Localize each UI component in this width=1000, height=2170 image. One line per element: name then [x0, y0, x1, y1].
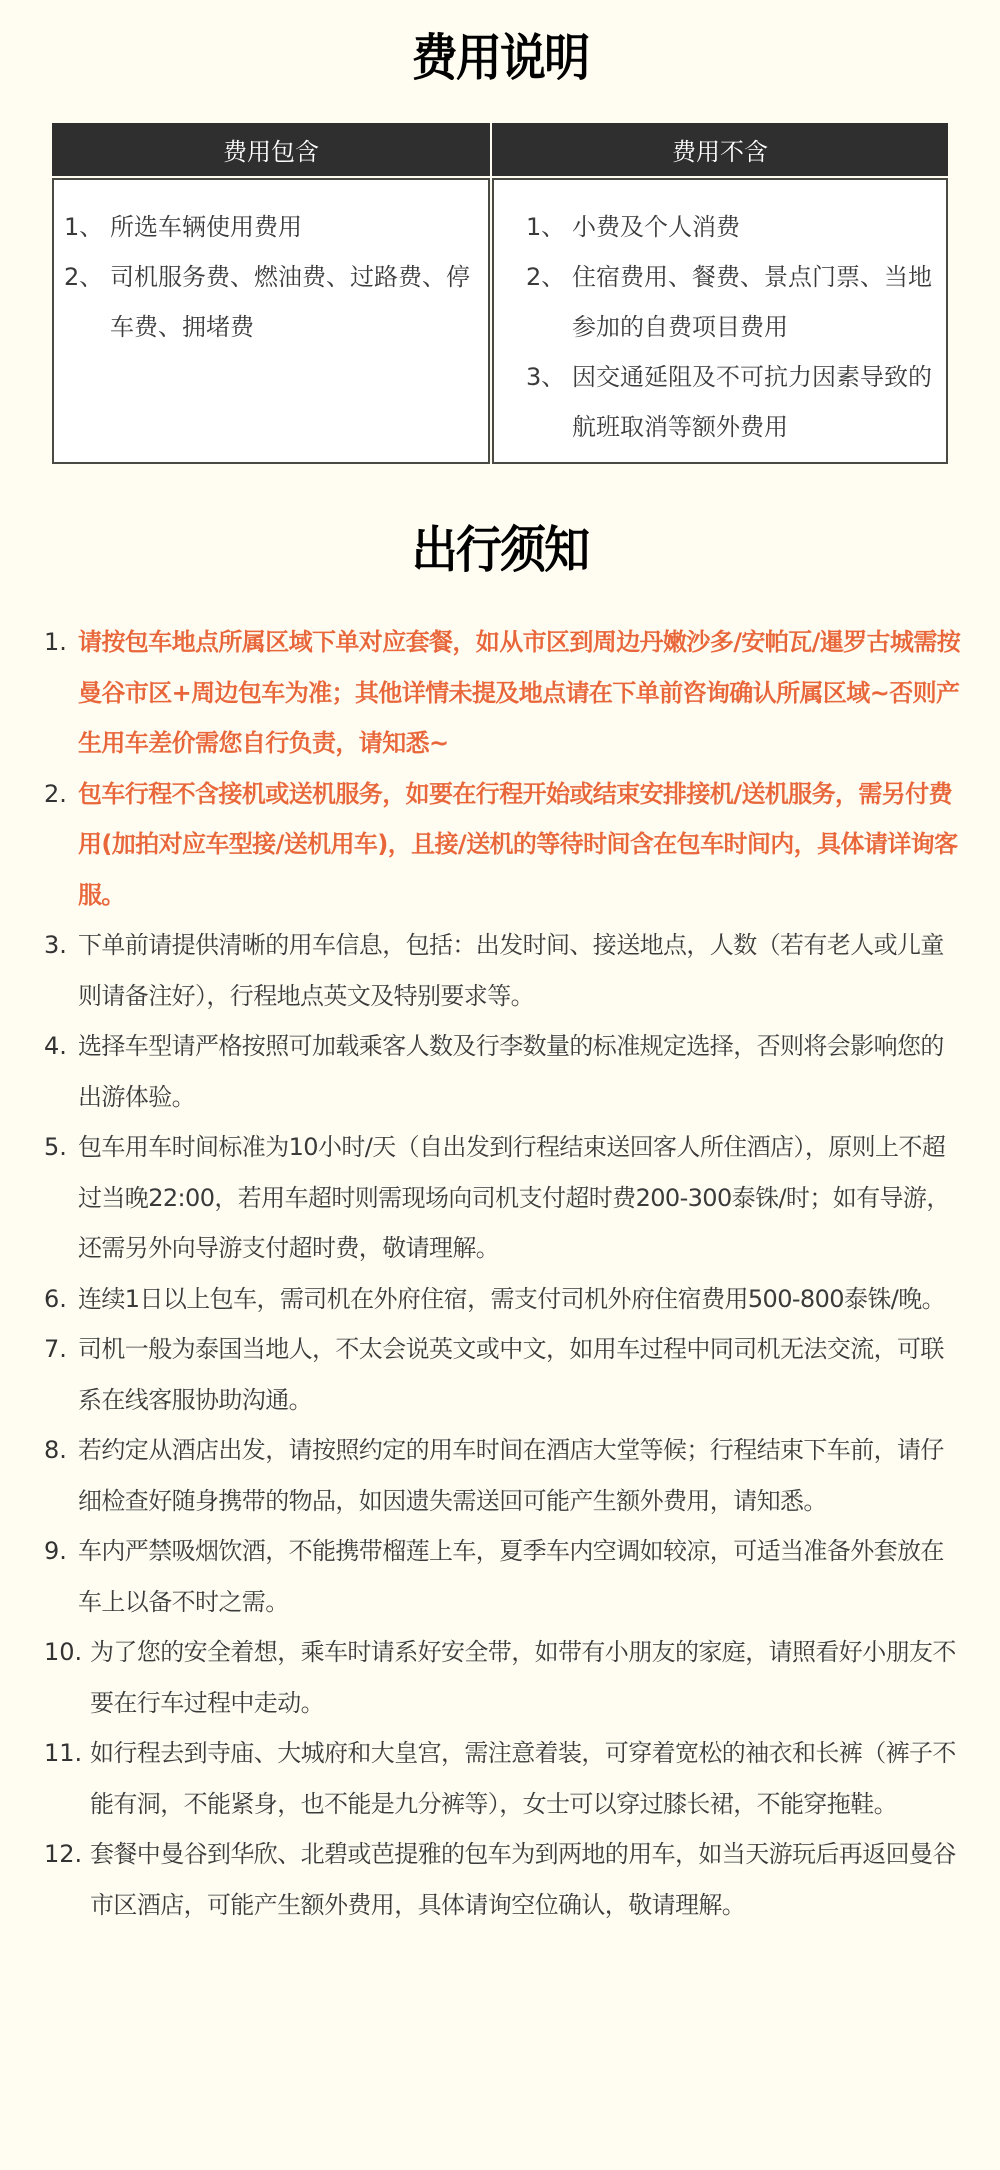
fee-excluded-header: 费用不含 — [492, 123, 948, 178]
item-text: 选择车型请严格按照可加载乘客人数及行李数量的标准规定选择，否则将会影响您的出游体… — [78, 1021, 964, 1122]
item-text: 为了您的安全着想，乘车时请系好安全带，如带有小朋友的家庭，请照看好小朋友不要在行… — [90, 1627, 964, 1728]
item-number: 6. — [44, 1274, 78, 1325]
item-number: 1、 — [64, 202, 110, 252]
item-text: 所选车辆使用费用 — [110, 202, 482, 252]
item-number: 3. — [44, 920, 78, 1021]
item-text: 下单前请提供清晰的用车信息，包括：出发时间、接送地点，人数（若有老人或儿童则请备… — [78, 920, 964, 1021]
fee-table: 费用包含 1、 所选车辆使用费用 2、 司机服务费、燃油费、过路费、停车费、拥堵… — [52, 123, 948, 464]
item-text: 若约定从酒店出发，请按照约定的用车时间在酒店大堂等候；行程结束下车前，请仔细检查… — [78, 1425, 964, 1526]
item-text: 车内严禁吸烟饮酒，不能携带榴莲上车，夏季车内空调如较凉，可适当准备外套放在车上以… — [78, 1526, 964, 1627]
item-number: 8. — [44, 1425, 78, 1526]
item-number: 10. — [44, 1627, 90, 1728]
fee-included-header: 费用包含 — [52, 123, 490, 178]
notice-item: 2. 包车行程不含接机或送机服务，如要在行程开始或结束安排接机/送机服务，需另付… — [44, 769, 964, 921]
notice-item: 8. 若约定从酒店出发，请按照约定的用车时间在酒店大堂等候；行程结束下车前，请仔… — [44, 1425, 964, 1526]
item-text: 包车行程不含接机或送机服务，如要在行程开始或结束安排接机/送机服务，需另付费用(… — [78, 769, 964, 921]
item-text: 包车用车时间标准为10小时/天（自出发到行程结束送回客人所住酒店），原则上不超过… — [78, 1122, 964, 1274]
item-text: 住宿费用、餐费、景点门票、当地参加的自费项目费用 — [572, 252, 936, 352]
item-number: 2、 — [526, 252, 572, 352]
item-text: 司机一般为泰国当地人，不太会说英文或中文，如用车过程中同司机无法交流，可联系在线… — [78, 1324, 964, 1425]
fee-included-body: 1、 所选车辆使用费用 2、 司机服务费、燃油费、过路费、停车费、拥堵费 — [52, 178, 490, 464]
item-number: 4. — [44, 1021, 78, 1122]
fee-excluded-column: 费用不含 1、 小费及个人消费 2、 住宿费用、餐费、景点门票、当地参加的自费项… — [492, 123, 948, 464]
item-number: 2、 — [64, 252, 110, 352]
notice-item: 6. 连续1日以上包车，需司机在外府住宿，需支付司机外府住宿费用500-800泰… — [44, 1274, 964, 1325]
notice-item: 7. 司机一般为泰国当地人，不太会说英文或中文，如用车过程中同司机无法交流，可联… — [44, 1324, 964, 1425]
notice-item: 12. 套餐中曼谷到华欣、北碧或芭提雅的包车为到两地的用车，如当天游玩后再返回曼… — [44, 1829, 964, 1930]
fee-excluded-item: 3、 因交通延阻及不可抗力因素导致的航班取消等额外费用 — [494, 352, 946, 452]
item-text: 请按包车地点所属区域下单对应套餐，如从市区到周边丹嫩沙多/安帕瓦/暹罗古城需按曼… — [78, 617, 964, 769]
item-text: 如行程去到寺庙、大城府和大皇宫，需注意着装，可穿着宽松的袖衣和长裤（裤子不能有洞… — [90, 1728, 964, 1829]
item-text: 连续1日以上包车，需司机在外府住宿，需支付司机外府住宿费用500-800泰铢/晚… — [78, 1274, 964, 1325]
item-text: 司机服务费、燃油费、过路费、停车费、拥堵费 — [110, 252, 482, 352]
notice-item: 3. 下单前请提供清晰的用车信息，包括：出发时间、接送地点，人数（若有老人或儿童… — [44, 920, 964, 1021]
item-text: 因交通延阻及不可抗力因素导致的航班取消等额外费用 — [572, 352, 936, 452]
notice-item: 10. 为了您的安全着想，乘车时请系好安全带，如带有小朋友的家庭，请照看好小朋友… — [44, 1627, 964, 1728]
item-number: 11. — [44, 1728, 90, 1829]
item-number: 1、 — [526, 202, 572, 252]
notice-item: 9. 车内严禁吸烟饮酒，不能携带榴莲上车，夏季车内空调如较凉，可适当准备外套放在… — [44, 1526, 964, 1627]
fee-section-title: 费用说明 — [40, 26, 960, 90]
fee-included-item: 1、 所选车辆使用费用 — [54, 202, 488, 252]
notice-item: 11. 如行程去到寺庙、大城府和大皇宫，需注意着装，可穿着宽松的袖衣和长裤（裤子… — [44, 1728, 964, 1829]
notice-item: 1. 请按包车地点所属区域下单对应套餐，如从市区到周边丹嫩沙多/安帕瓦/暹罗古城… — [44, 617, 964, 769]
item-number: 12. — [44, 1829, 90, 1930]
fee-included-column: 费用包含 1、 所选车辆使用费用 2、 司机服务费、燃油费、过路费、停车费、拥堵… — [52, 123, 490, 464]
fee-excluded-body: 1、 小费及个人消费 2、 住宿费用、餐费、景点门票、当地参加的自费项目费用 3… — [492, 178, 948, 464]
notice-section-title: 出行须知 — [40, 518, 960, 582]
fee-included-item: 2、 司机服务费、燃油费、过路费、停车费、拥堵费 — [54, 252, 488, 352]
item-number: 7. — [44, 1324, 78, 1425]
item-number: 2. — [44, 769, 78, 921]
notice-list: 1. 请按包车地点所属区域下单对应套餐，如从市区到周边丹嫩沙多/安帕瓦/暹罗古城… — [44, 617, 964, 1930]
notice-item: 5. 包车用车时间标准为10小时/天（自出发到行程结束送回客人所住酒店），原则上… — [44, 1122, 964, 1274]
item-text: 小费及个人消费 — [572, 202, 936, 252]
item-text: 套餐中曼谷到华欣、北碧或芭提雅的包车为到两地的用车，如当天游玩后再返回曼谷市区酒… — [90, 1829, 964, 1930]
item-number: 5. — [44, 1122, 78, 1274]
fee-excluded-item: 2、 住宿费用、餐费、景点门票、当地参加的自费项目费用 — [494, 252, 946, 352]
notice-item: 4. 选择车型请严格按照可加载乘客人数及行李数量的标准规定选择，否则将会影响您的… — [44, 1021, 964, 1122]
item-number: 9. — [44, 1526, 78, 1627]
item-number: 3、 — [526, 352, 572, 452]
item-number: 1. — [44, 617, 78, 769]
fee-excluded-item: 1、 小费及个人消费 — [494, 202, 946, 252]
